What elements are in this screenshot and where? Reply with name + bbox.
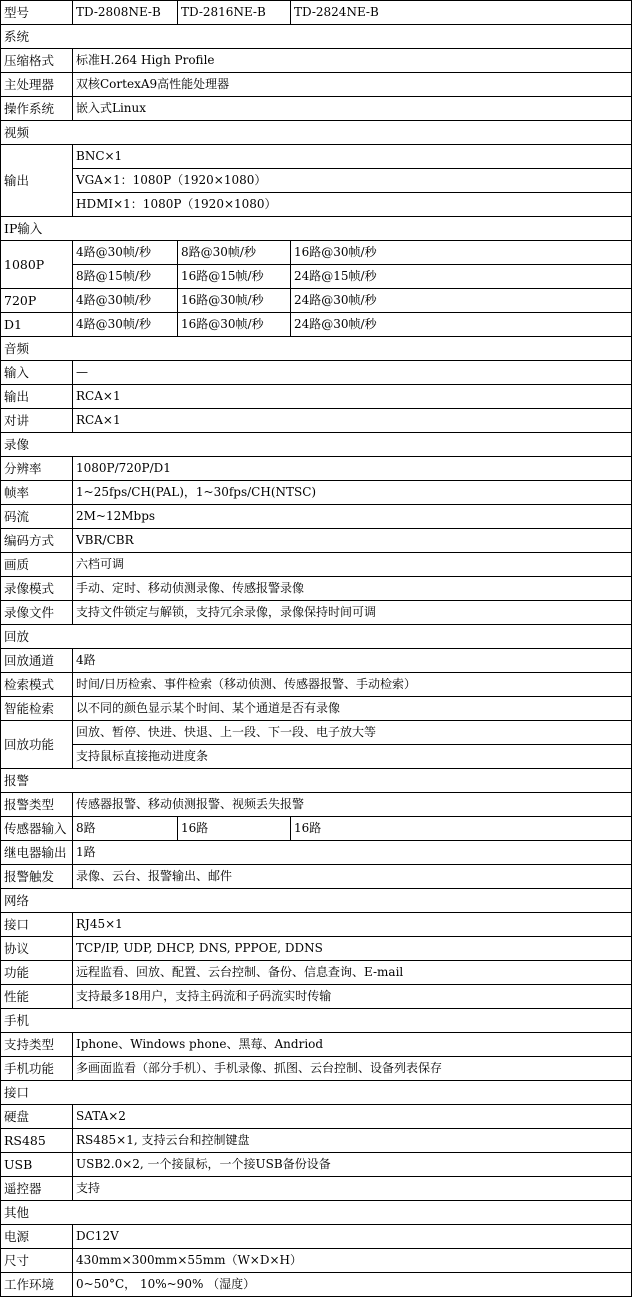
section-row-playback: 回放 [1, 625, 632, 649]
section-title: IP输入 [1, 217, 632, 241]
section-row-audio: 音频 [1, 337, 632, 361]
spec-row: 性能 支持最多18用户，支持主码流和子码流实时传输 [1, 985, 632, 1009]
spec-label: 接口 [1, 913, 73, 937]
spec-value: 24路@15帧/秒 [291, 265, 632, 289]
spec-label: 录像文件 [1, 601, 73, 625]
spec-value: 8路@30帧/秒 [178, 241, 291, 265]
spec-row: VGA×1：1080P（1920×1080） [1, 169, 632, 193]
spec-row: 录像模式 手动、定时、移动侦测录像、传感报警录像 [1, 577, 632, 601]
spec-row: 智能检索 以不同的颜色显示某个时间、某个通道是否有录像 [1, 697, 632, 721]
spec-label: RS485 [1, 1129, 73, 1153]
model-cell: TD-2808NE-B [73, 1, 178, 25]
spec-value: RJ45×1 [73, 913, 632, 937]
spec-value: 手动、定时、移动侦测录像、传感报警录像 [73, 577, 632, 601]
spec-table: 型号 TD-2808NE-B TD-2816NE-B TD-2824NE-B 系… [0, 0, 632, 1297]
spec-value: 支持鼠标直接拖动进度条 [73, 745, 632, 769]
spec-label: 回放功能 [1, 721, 73, 769]
spec-row: HDMI×1：1080P（1920×1080） [1, 193, 632, 217]
section-title: 手机 [1, 1009, 632, 1033]
spec-label: 输入 [1, 361, 73, 385]
spec-label: 遥控器 [1, 1177, 73, 1201]
spec-row: 录像文件 支持文件锁定与解锁，支持冗余录像，录像保持时间可调 [1, 601, 632, 625]
section-title: 其他 [1, 1201, 632, 1225]
spec-row: 输出 RCA×1 [1, 385, 632, 409]
spec-label: 电源 [1, 1225, 73, 1249]
spec-label: 传感器输入 [1, 817, 73, 841]
spec-row: 输出 BNC×1 [1, 145, 632, 169]
section-title: 报警 [1, 769, 632, 793]
spec-row: 720P 4路@30帧/秒 16路@30帧/秒 24路@30帧/秒 [1, 289, 632, 313]
spec-row: D1 4路@30帧/秒 16路@30帧/秒 24路@30帧/秒 [1, 313, 632, 337]
spec-value: 时间/日历检索、事件检索（移动侦测、传感器报警、手动检索） [73, 673, 632, 697]
spec-value: 1~25fps/CH(PAL)，1~30fps/CH(NTSC) [73, 481, 632, 505]
section-row-mobile: 手机 [1, 1009, 632, 1033]
section-row-video: 视频 [1, 121, 632, 145]
model-cell: TD-2816NE-B [178, 1, 291, 25]
spec-label: 支持类型 [1, 1033, 73, 1057]
spec-value: 4路 [73, 649, 632, 673]
spec-label: 主处理器 [1, 73, 73, 97]
spec-row: 8路@15帧/秒 16路@15帧/秒 24路@15帧/秒 [1, 265, 632, 289]
spec-value: 4路@30帧/秒 [73, 241, 178, 265]
spec-value: RCA×1 [73, 385, 632, 409]
spec-label: 手机功能 [1, 1057, 73, 1081]
spec-row: USB USB2.0×2, 一个接鼠标，一个接USB备份设备 [1, 1153, 632, 1177]
spec-label: 码流 [1, 505, 73, 529]
section-row-recording: 录像 [1, 433, 632, 457]
spec-value: 支持 [73, 1177, 632, 1201]
spec-value: RCA×1 [73, 409, 632, 433]
model-row: 型号 TD-2808NE-B TD-2816NE-B TD-2824NE-B [1, 1, 632, 25]
spec-label: 操作系统 [1, 97, 73, 121]
spec-label: 性能 [1, 985, 73, 1009]
spec-value: 六档可调 [73, 553, 632, 577]
spec-value: 430mm×300mm×55mm（W×D×H） [73, 1249, 632, 1273]
spec-row: RS485 RS485×1, 支持云台和控制键盘 [1, 1129, 632, 1153]
spec-label: 1080P [1, 241, 73, 289]
spec-value: 以不同的颜色显示某个时间、某个通道是否有录像 [73, 697, 632, 721]
spec-value: RS485×1, 支持云台和控制键盘 [73, 1129, 632, 1153]
spec-row: 分辨率 1080P/720P/D1 [1, 457, 632, 481]
section-title: 音频 [1, 337, 632, 361]
spec-row: 电源 DC12V [1, 1225, 632, 1249]
spec-row: 协议 TCP/IP, UDP, DHCP, DNS, PPPOE, DDNS [1, 937, 632, 961]
spec-row: 码流 2M~12Mbps [1, 505, 632, 529]
spec-row: 检索模式 时间/日历检索、事件检索（移动侦测、传感器报警、手动检索） [1, 673, 632, 697]
spec-row: 尺寸 430mm×300mm×55mm（W×D×H） [1, 1249, 632, 1273]
spec-label: 工作环境 [1, 1273, 73, 1297]
spec-row: 硬盘 SATA×2 [1, 1105, 632, 1129]
spec-row: 功能 远程监看、回放、配置、云台控制、备份、信息查询、E-mail [1, 961, 632, 985]
spec-label: 帧率 [1, 481, 73, 505]
spec-label: 回放通道 [1, 649, 73, 673]
spec-row: 对讲 RCA×1 [1, 409, 632, 433]
spec-value: 16路@30帧/秒 [178, 289, 291, 313]
spec-label: 对讲 [1, 409, 73, 433]
section-title: 接口 [1, 1081, 632, 1105]
spec-label: 输出 [1, 145, 73, 217]
spec-label: 录像模式 [1, 577, 73, 601]
spec-label: 硬盘 [1, 1105, 73, 1129]
section-row-interfaces: 接口 [1, 1081, 632, 1105]
spec-value: 24路@30帧/秒 [291, 313, 632, 337]
spec-value: DC12V [73, 1225, 632, 1249]
section-row-other: 其他 [1, 1201, 632, 1225]
spec-row: 接口 RJ45×1 [1, 913, 632, 937]
spec-row: 回放功能 回放、暂停、快进、快退、上一段、下一段、电子放大等 [1, 721, 632, 745]
spec-row: 遥控器 支持 [1, 1177, 632, 1201]
spec-value: 2M~12Mbps [73, 505, 632, 529]
spec-value: 8路 [73, 817, 178, 841]
spec-value: 嵌入式Linux [73, 97, 632, 121]
spec-label: 报警触发 [1, 865, 73, 889]
spec-label: USB [1, 1153, 73, 1177]
spec-label: 编码方式 [1, 529, 73, 553]
spec-label: 720P [1, 289, 73, 313]
section-title: 视频 [1, 121, 632, 145]
spec-value: 1080P/720P/D1 [73, 457, 632, 481]
spec-label: 报警类型 [1, 793, 73, 817]
section-title: 网络 [1, 889, 632, 913]
spec-row: 1080P 4路@30帧/秒 8路@30帧/秒 16路@30帧/秒 [1, 241, 632, 265]
spec-row: 压缩格式 标准H.264 High Profile [1, 49, 632, 73]
section-row-ip-input: IP输入 [1, 217, 632, 241]
spec-value: 24路@30帧/秒 [291, 289, 632, 313]
spec-value: 1路 [73, 841, 632, 865]
spec-value: 16路@30帧/秒 [291, 241, 632, 265]
spec-value: 0~50°C， 10%~90% （湿度） [73, 1273, 632, 1297]
spec-value: VGA×1：1080P（1920×1080） [73, 169, 632, 193]
spec-value: 支持最多18用户，支持主码流和子码流实时传输 [73, 985, 632, 1009]
spec-label: 检索模式 [1, 673, 73, 697]
spec-label: 尺寸 [1, 1249, 73, 1273]
model-cell: TD-2824NE-B [291, 1, 632, 25]
spec-row: 报警类型 传感器报警、移动侦测报警、视频丢失报警 [1, 793, 632, 817]
spec-row: 编码方式 VBR/CBR [1, 529, 632, 553]
spec-value: 回放、暂停、快进、快退、上一段、下一段、电子放大等 [73, 721, 632, 745]
spec-row: 支持鼠标直接拖动进度条 [1, 745, 632, 769]
spec-label: 输出 [1, 385, 73, 409]
spec-row: 回放通道 4路 [1, 649, 632, 673]
section-title: 回放 [1, 625, 632, 649]
spec-value: 录像、云台、报警输出、邮件 [73, 865, 632, 889]
spec-value: 远程监看、回放、配置、云台控制、备份、信息查询、E-mail [73, 961, 632, 985]
section-row-alarm: 报警 [1, 769, 632, 793]
section-title: 录像 [1, 433, 632, 457]
spec-value: BNC×1 [73, 145, 632, 169]
spec-value: USB2.0×2, 一个接鼠标，一个接USB备份设备 [73, 1153, 632, 1177]
spec-row: 继电器输出 1路 [1, 841, 632, 865]
spec-value: 8路@15帧/秒 [73, 265, 178, 289]
section-title: 系统 [1, 25, 632, 49]
spec-row: 报警触发 录像、云台、报警输出、邮件 [1, 865, 632, 889]
spec-label: 分辨率 [1, 457, 73, 481]
spec-value: — [73, 361, 632, 385]
spec-value: 多画面监看（部分手机）、手机录像、抓图、云台控制、设备列表保存 [73, 1057, 632, 1081]
spec-row: 主处理器 双核CortexA9高性能处理器 [1, 73, 632, 97]
spec-value: 传感器报警、移动侦测报警、视频丢失报警 [73, 793, 632, 817]
spec-value: 16路@15帧/秒 [178, 265, 291, 289]
spec-value: 4路@30帧/秒 [73, 289, 178, 313]
spec-label: 压缩格式 [1, 49, 73, 73]
spec-value: 16路 [178, 817, 291, 841]
spec-value: VBR/CBR [73, 529, 632, 553]
spec-value: 支持文件锁定与解锁，支持冗余录像，录像保持时间可调 [73, 601, 632, 625]
spec-value: HDMI×1：1080P（1920×1080） [73, 193, 632, 217]
spec-label: 协议 [1, 937, 73, 961]
spec-value: Iphone、Windows phone、黑莓、Andriod [73, 1033, 632, 1057]
spec-row: 操作系统 嵌入式Linux [1, 97, 632, 121]
spec-label: 智能检索 [1, 697, 73, 721]
section-row-network: 网络 [1, 889, 632, 913]
spec-value: 双核CortexA9高性能处理器 [73, 73, 632, 97]
spec-row: 手机功能 多画面监看（部分手机）、手机录像、抓图、云台控制、设备列表保存 [1, 1057, 632, 1081]
spec-row: 帧率 1~25fps/CH(PAL)，1~30fps/CH(NTSC) [1, 481, 632, 505]
spec-label: D1 [1, 313, 73, 337]
spec-row: 支持类型 Iphone、Windows phone、黑莓、Andriod [1, 1033, 632, 1057]
spec-row: 输入 — [1, 361, 632, 385]
spec-row: 画质 六档可调 [1, 553, 632, 577]
spec-label: 继电器输出 [1, 841, 73, 865]
section-row-system: 系统 [1, 25, 632, 49]
spec-value: 16路 [291, 817, 632, 841]
spec-row: 工作环境 0~50°C， 10%~90% （湿度） [1, 1273, 632, 1297]
spec-label: 功能 [1, 961, 73, 985]
spec-value: 4路@30帧/秒 [73, 313, 178, 337]
spec-value: 16路@30帧/秒 [178, 313, 291, 337]
spec-row: 传感器输入 8路 16路 16路 [1, 817, 632, 841]
spec-value: 标准H.264 High Profile [73, 49, 632, 73]
spec-value: SATA×2 [73, 1105, 632, 1129]
model-label: 型号 [1, 1, 73, 25]
spec-label: 画质 [1, 553, 73, 577]
spec-value: TCP/IP, UDP, DHCP, DNS, PPPOE, DDNS [73, 937, 632, 961]
